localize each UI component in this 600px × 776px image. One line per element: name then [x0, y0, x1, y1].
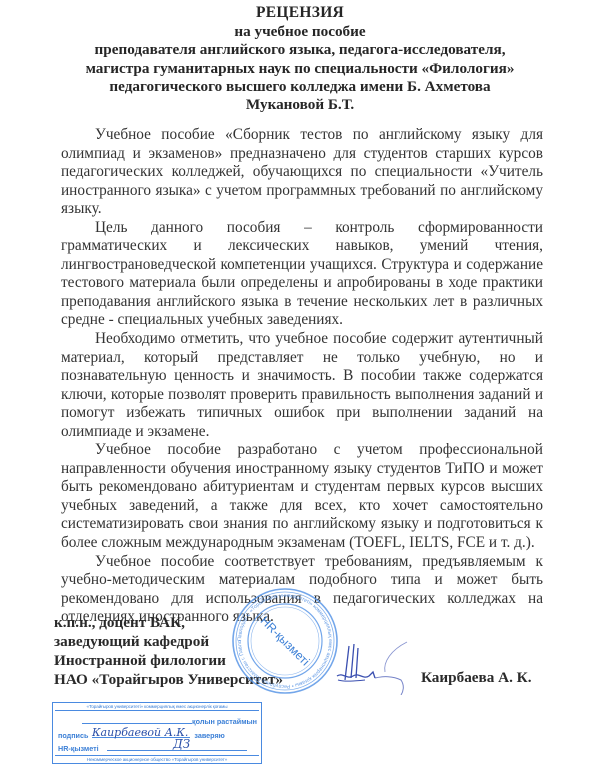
rectangular-stamp: «Торайғыров университеті» коммерциялық е…: [52, 702, 262, 764]
stamp-top-text: «Торайғыров университеті» коммерциялық е…: [55, 704, 259, 711]
stamp-hr-label: HR-қызметі: [58, 744, 99, 753]
stamp-signature-prefix: подпись: [58, 731, 88, 740]
stamp-row-hr: HR-қызметі ДЗ: [58, 744, 257, 753]
stamp-center-text: HR-қызметі: [258, 614, 313, 669]
round-stamp-icon: Павлодар қ. «Торайғыров университеті» ко…: [231, 587, 339, 695]
signatory-name: Каирбаева А. К.: [421, 669, 532, 687]
subtitle-line: Мукановой Б.Т.: [0, 96, 600, 114]
paragraph: Учебное пособие разработано с учетом про…: [61, 441, 543, 552]
stamp-signature-suffix: заверяю: [194, 731, 224, 740]
handwritten-signature-icon: [335, 640, 410, 695]
stamp-bottom-text: Некоммерческое акционерное общество «Тор…: [55, 755, 259, 762]
stamp-row-signature: подпись заверяю Каирбаевой А.К.: [58, 731, 257, 740]
subtitle-line: педагогического высшего колледжа имени Б…: [0, 78, 600, 96]
document-title: РЕЦЕНЗИЯ: [0, 3, 600, 23]
subtitle-line: магистра гуманитарных наук по специально…: [0, 60, 600, 78]
review-document-page: РЕЦЕНЗИЯ на учебное пособие преподавател…: [0, 0, 600, 776]
stamp-row-confirm: қолын растаймын: [58, 717, 257, 726]
document-heading: РЕЦЕНЗИЯ на учебное пособие преподавател…: [0, 3, 600, 114]
paragraph: Учебное пособие «Сборник тестов по англи…: [61, 126, 543, 219]
document-body: Учебное пособие «Сборник тестов по англи…: [61, 126, 543, 627]
stamp-handwritten-initials: ДЗ: [173, 737, 190, 751]
paragraph: Необходимо отметить, что учебное пособие…: [61, 330, 543, 441]
subtitle-line: на учебное пособие: [0, 23, 600, 41]
paragraph: Цель данного пособия – контроль сформиро…: [61, 219, 543, 330]
stamp-confirm-label: қолын растаймын: [192, 717, 257, 726]
subtitle-line: преподавателя английского языка, педагог…: [0, 41, 600, 59]
